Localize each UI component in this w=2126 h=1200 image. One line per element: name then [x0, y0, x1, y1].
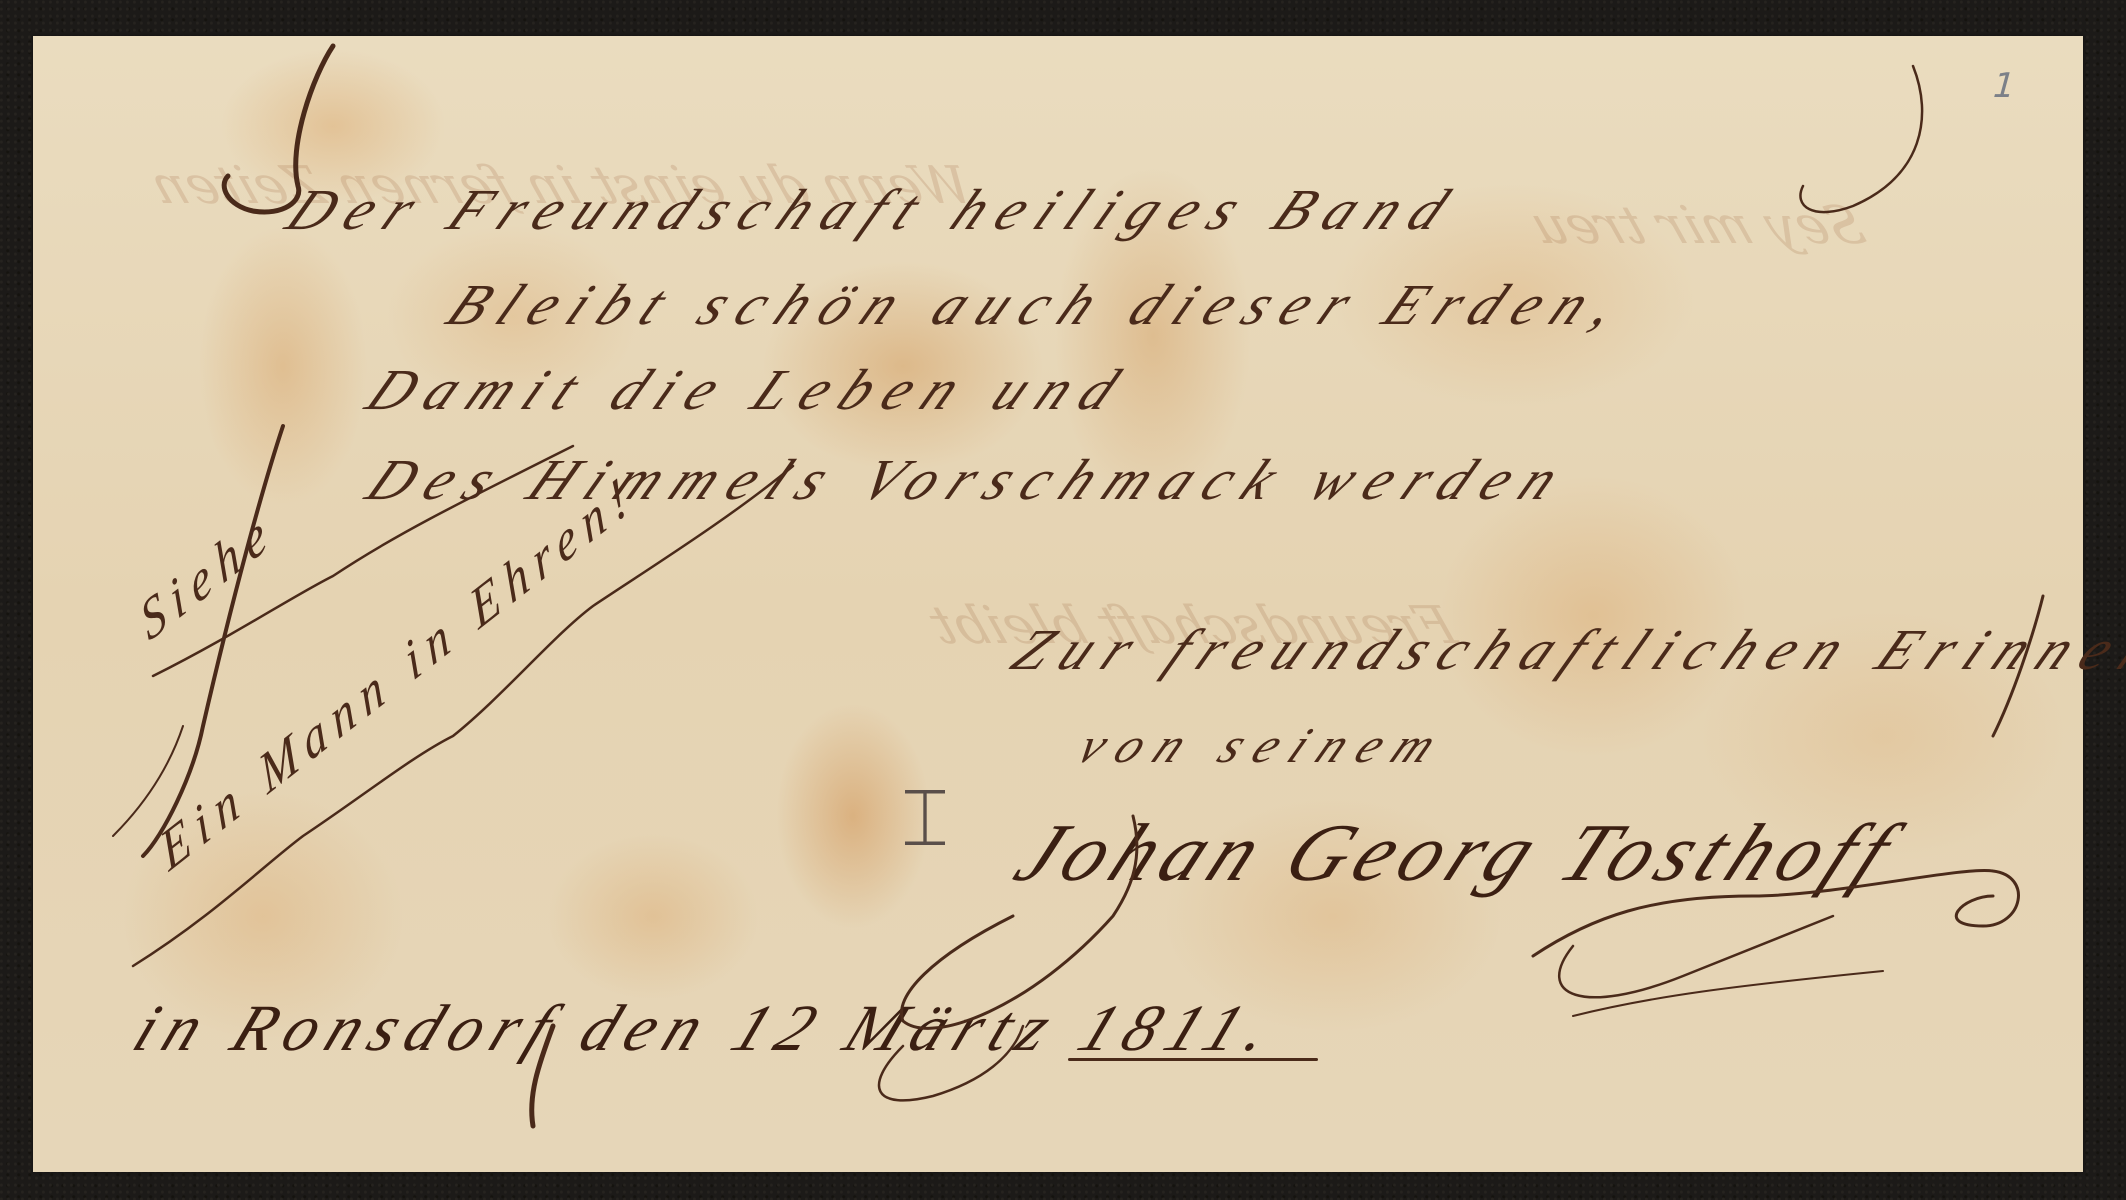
verse-line-2: Bleibt schön auch dieser Erden,	[435, 271, 1645, 338]
page-number: 1	[1988, 66, 2020, 106]
verse-line-4: Des Himmels Vorschmack werden	[355, 446, 1585, 513]
verse-line-3: Damit die Leben und	[355, 356, 1145, 423]
dedication-line-2: von seinem	[1068, 716, 1462, 774]
bleed-through-text: Sey mir treu	[1522, 196, 1873, 256]
margin-note-line-1: Siehe	[134, 495, 282, 655]
date-line: in Ronsdorf den 12 Märtz 1811.	[123, 991, 1292, 1067]
document-paper: Wenn du einst in fernen Zeiten Freundsch…	[33, 36, 2083, 1172]
dedication-line-1: Zur freundschaftlichen Erinnerung	[1000, 616, 2126, 683]
pencil-cross-mark: ⌶	[901, 778, 949, 858]
date-underline	[1068, 1058, 1318, 1061]
verse-line-1: Der Freundschaft heiliges Band	[275, 176, 1474, 243]
signature-name: Johan Georg Tosthoff	[1001, 806, 1914, 900]
